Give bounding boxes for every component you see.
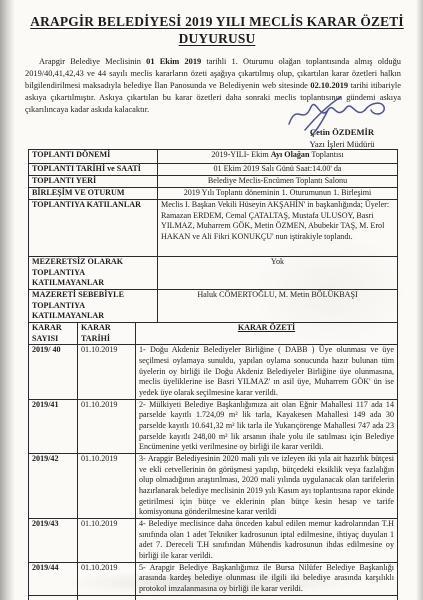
info-value: Haluk CÖMERTOĞLU, M. Metin BÖLÜKBAŞI [158, 290, 398, 323]
decision-date: 01.10.2019 [78, 519, 136, 563]
decision-summary [136, 595, 398, 600]
info-label: TOPLANTIYA KATILANLAR [29, 200, 158, 257]
page-title-line2: DUYURUSU [179, 31, 256, 46]
meeting-info-table: TOPLANTI DÖNEMİ 2019-YILI- Ekim Ayı Olağ… [28, 149, 398, 323]
signatory-name: Çetin ÖZDEMİR [276, 127, 408, 139]
info-value: 01 Ekim 2019 Salı Günü Saat:14.00' da [158, 164, 398, 176]
scan-edge-right [416, 0, 423, 600]
column-header-number: KARAR SAYISI [29, 323, 78, 345]
decision-summary: 1- Doğu Akdeniz Belediyeler Birliğine ( … [136, 345, 398, 399]
column-header-summary: KARAR ÖZETİ [136, 323, 398, 345]
decision-date: 01.10.2019 [78, 399, 136, 453]
info-value-text: Toplantısı [309, 150, 343, 159]
info-value: Yok [158, 257, 398, 290]
info-value-text: 2019-YILI- Ekim [211, 150, 270, 159]
decision-date: 01.10.2019 [78, 562, 136, 595]
signature-block: Çetin ÖZDEMİR Yazı İşleri Müdürü [276, 94, 408, 150]
info-row: TOPLANTI DÖNEMİ 2019-YILI- Ekim Ayı Olağ… [29, 150, 398, 164]
decision-summary: 3- Arapgir Belediyesinin 2020 mali yılı … [136, 454, 398, 519]
decision-row: 2019/42 01.10.2019 3- Arapgir Belediyesi… [29, 454, 398, 519]
decision-date [78, 595, 136, 600]
info-value: 2019 Yılı Toplantı döneminin 1. Oturumun… [158, 188, 398, 200]
decision-row: 2019/44 01.10.2019 5- Arapgir Belediye B… [29, 562, 398, 595]
decision-date: 01.10.2019 [78, 345, 136, 399]
info-value-bold: Ayı Olağan [271, 150, 310, 159]
decision-row: 2019/ 40 01.10.2019 1- Doğu Akdeniz Bele… [29, 345, 398, 399]
info-value: Belediye Meclis-Encümen Toplantı Salonu [158, 176, 398, 188]
decision-number: 2019/ 40 [29, 345, 78, 399]
info-label: MAZERETİ SEBEBİYLE TOPLANTIYA KATILMAYAN… [29, 290, 158, 323]
info-row: MAZERETİ SEBEBİYLE TOPLANTIYA KATILMAYAN… [29, 290, 398, 323]
decision-row: 2019/43 01.10.2019 4- Belediye meclisinc… [29, 519, 398, 563]
page-title: ARAPGİR BELEDİYESİ 2019 YILI MECLİS KARA… [30, 13, 404, 47]
info-row: BİRLEŞİM VE OTURUM 2019 Yılı Toplantı dö… [29, 188, 398, 200]
decision-number: 2019/42 [29, 454, 78, 519]
info-row: MEZERETSİZ OLARAK TOPLANTIYA KATILMAYANL… [29, 257, 398, 290]
decision-number: 2019/44 [29, 562, 78, 595]
decision-number [29, 595, 78, 600]
info-row: TOPLANTIYA KATILANLAR Meclis I. Başkan V… [29, 200, 398, 257]
decisions-header-row: KARAR SAYISI KARAR TARİHİ KARAR ÖZETİ [29, 323, 398, 345]
decision-row: 2019/41 01.10.2019 2- Mülkiyeti Belediye… [29, 399, 398, 453]
info-value: Meclis I. Başkan Vekili Hüseyin AKŞAHİN'… [158, 200, 398, 257]
decisions-table: KARAR SAYISI KARAR TARİHİ KARAR ÖZETİ 20… [28, 322, 398, 600]
decision-summary: 4- Belediye meclisince daha önceden kabu… [136, 519, 398, 563]
info-value: 2019-YILI- Ekim Ayı Olağan Toplantısı [158, 150, 398, 164]
scanned-page: ARAPGİR BELEDİYESİ 2019 YILI MECLİS KARA… [0, 0, 423, 600]
decision-summary: 5- Arapgir Belediye Başkanlığımız ile Bu… [136, 562, 398, 595]
decision-summary: 2- Mülkiyeti Belediye Başkanlığımıza ait… [136, 399, 398, 453]
decision-row-empty [29, 595, 398, 600]
intro-date-bold: 01 Ekim 2019 [146, 57, 201, 66]
info-row: TOPLANTI TARİHİ ve SAATİ 01 Ekim 2019 Sa… [29, 164, 398, 176]
info-label: MEZERETSİZ OLARAK TOPLANTIYA KATILMAYANL… [29, 257, 158, 290]
info-label: TOPLANTI DÖNEMİ [29, 150, 158, 164]
info-label: BİRLEŞİM VE OTURUM [29, 188, 158, 200]
info-label: TOPLANTI YERİ [29, 176, 158, 188]
decision-date: 01.10.2019 [78, 454, 136, 519]
tables-container: TOPLANTI DÖNEMİ 2019-YILI- Ekim Ayı Olağ… [28, 149, 398, 600]
info-label: TOPLANTI TARİHİ ve SAATİ [29, 164, 158, 176]
intro-text: Arapgir Belediye Meclisinin [39, 57, 146, 66]
info-row: TOPLANTI YERİ Belediye Meclis-Encümen To… [29, 176, 398, 188]
intro-date-bold: 02.10.2019 [310, 81, 348, 90]
decision-number: 2019/41 [29, 399, 78, 453]
decision-number: 2019/43 [29, 519, 78, 563]
page-title-line1: ARAPGİR BELEDİYESİ 2019 YILI MECLİS KARA… [30, 14, 404, 29]
scan-edge-left [0, 0, 15, 600]
column-header-date: KARAR TARİHİ [78, 323, 136, 345]
